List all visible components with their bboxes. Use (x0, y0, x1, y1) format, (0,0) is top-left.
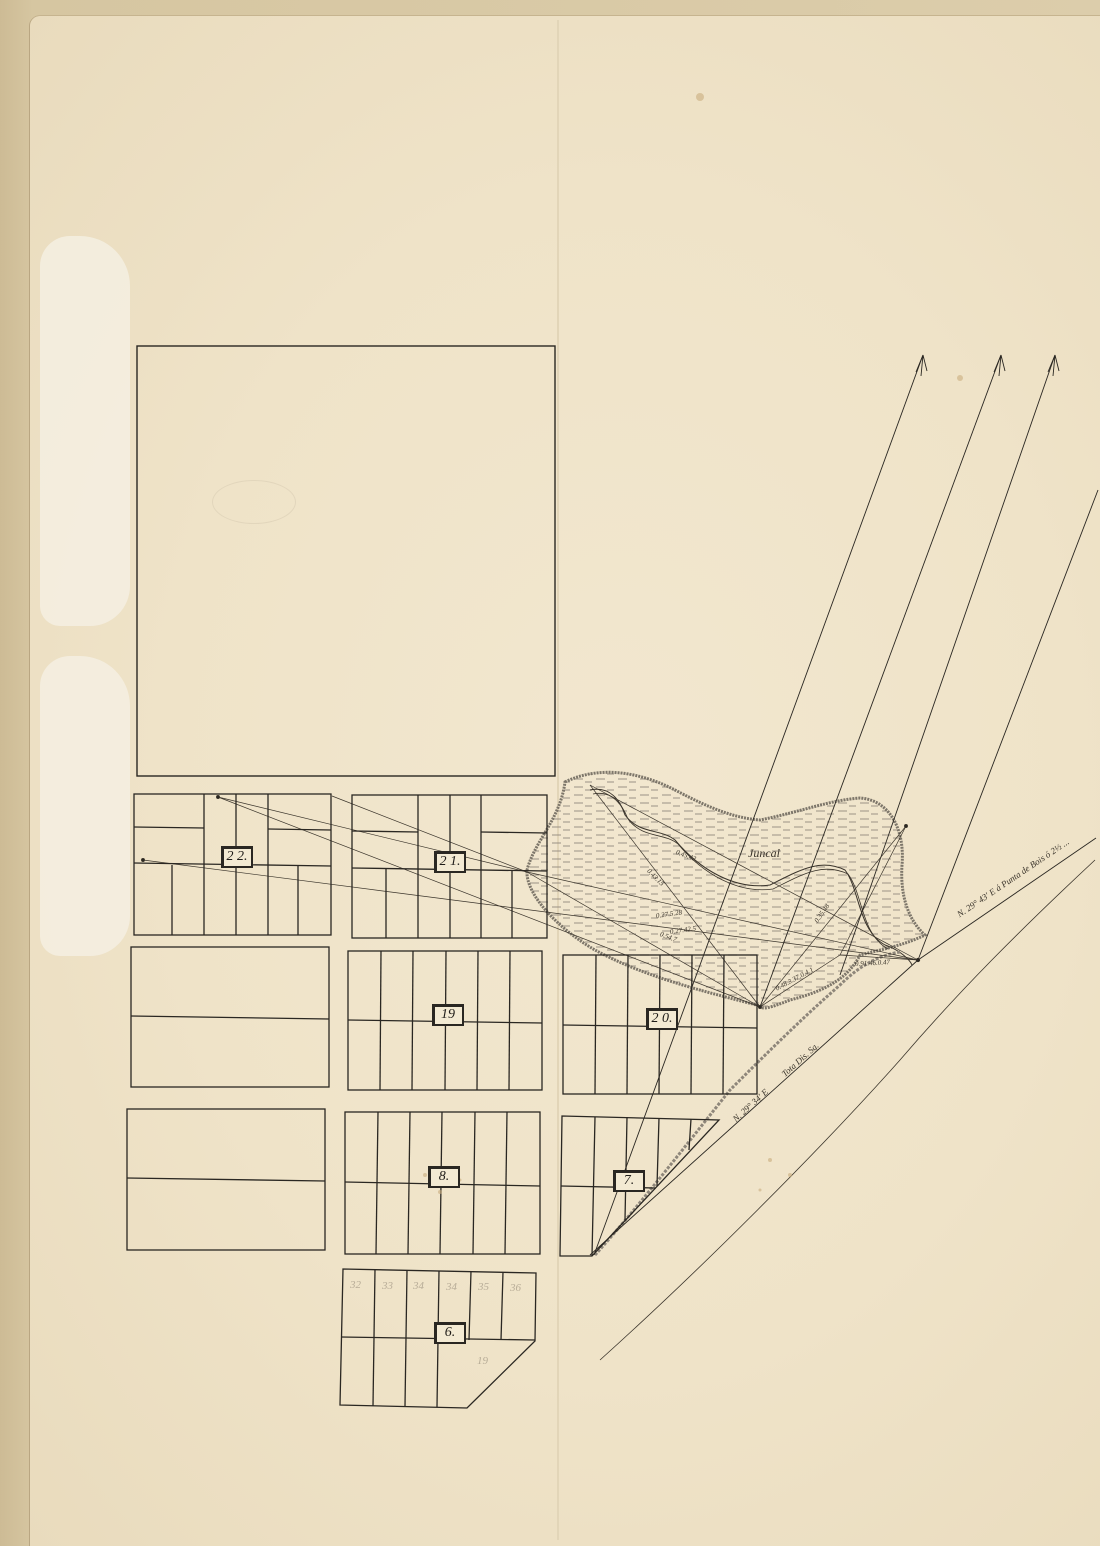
block-label-8: 8. (428, 1166, 460, 1188)
block-label-7: 7. (613, 1170, 645, 1192)
pencil-lot-number: 36 (510, 1282, 521, 1294)
pencil-lot-number: 32 (350, 1279, 361, 1291)
pencil-lot-number: 34 (413, 1280, 424, 1292)
pencil-lot-number: 33 (382, 1280, 393, 1292)
marsh-label-juncal: Juncal (748, 846, 780, 861)
foxing-stains (423, 93, 963, 1194)
block-label-19: 19 (432, 1004, 464, 1026)
block-label-6: 6. (434, 1322, 466, 1344)
juncal-marsh (527, 772, 925, 1008)
block-label-20: 2 0. (646, 1008, 678, 1030)
pencil-lot-number: 35 (478, 1281, 489, 1293)
block-label-22: 2 2. (221, 846, 253, 868)
pencil-lot-number: 34 (446, 1281, 457, 1293)
pencil-note-19: 19 (477, 1355, 488, 1367)
large-square-block (137, 346, 555, 776)
survey-plat-drawing (0, 0, 1100, 1546)
blank-blocks-left (127, 947, 329, 1250)
block-label-21: 2 1. (434, 851, 466, 873)
marsh-outline (527, 772, 925, 1008)
